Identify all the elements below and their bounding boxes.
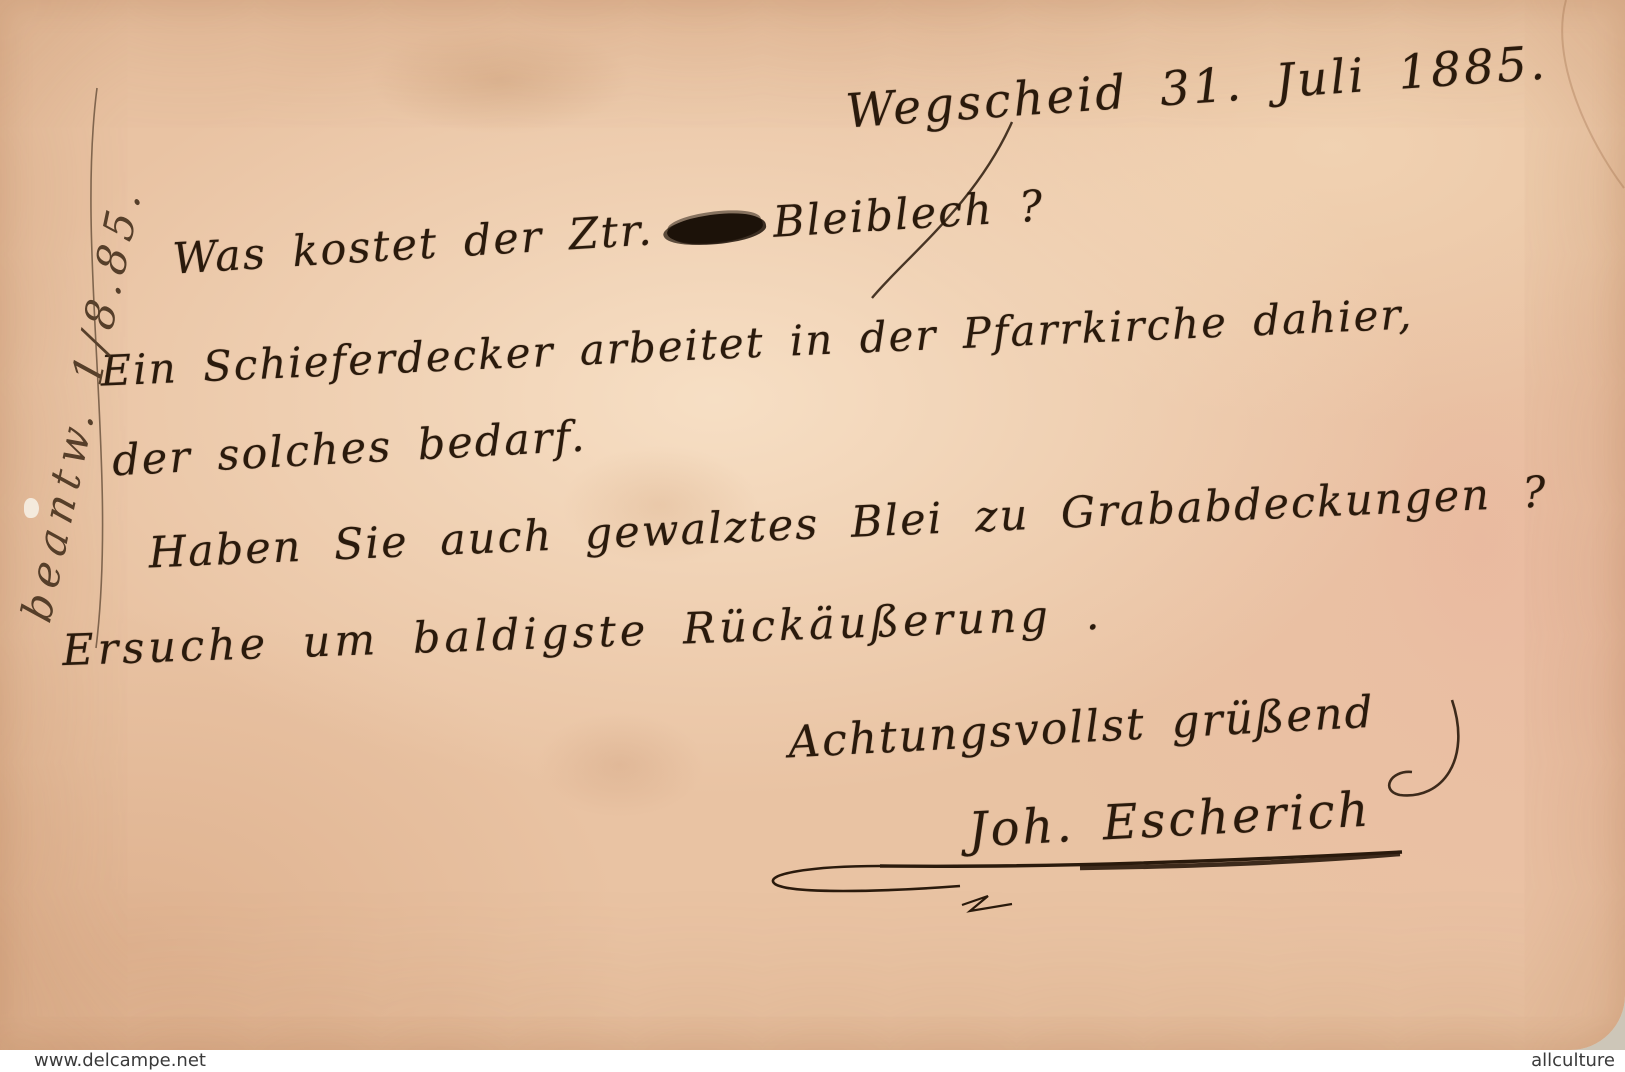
body-line-3: der solches bedarf.: [111, 412, 588, 487]
watermark-strip: www.delcampe.net allculture: [0, 1050, 1625, 1072]
body-line-2: Ein Schieferdecker arbeitet in der Pfarr…: [100, 289, 1415, 395]
watermark-delcampe: www.delcampe.net: [34, 1050, 206, 1072]
paper-stain: [500, 690, 740, 840]
body-line-1-after-blot: Bleiblech ?: [772, 181, 1046, 247]
dateline: Wegscheid 31. Juli 1885.: [844, 36, 1549, 140]
watermark-allculture: allculture: [1531, 1050, 1615, 1072]
paper-stain: [320, 5, 680, 155]
ink-blot-crossed-out-word: [666, 208, 765, 250]
body-line-5: Ersuche um baldigste Rückäußerung .: [61, 590, 1104, 676]
postcard-paper: Wegscheid 31. Juli 1885. Was kostet der …: [0, 0, 1625, 1050]
postcard-scan: Wegscheid 31. Juli 1885. Was kostet der …: [0, 0, 1625, 1072]
signature: Joh. Escherich: [967, 781, 1373, 858]
margin-note-rotated: beantw. 1/8.85.: [12, 176, 152, 628]
body-line-1-before-blot: Was kostet der Ztr.: [171, 205, 655, 284]
paper-stain: [1330, 330, 1625, 750]
body-line-4: Haben Sie auch gewalztes Blei zu Grababd…: [148, 467, 1549, 578]
closing-line: Achtungsvollst grüßend: [787, 687, 1376, 769]
body-line-1: Was kostet der Ztr.Bleiblech ?: [171, 181, 1046, 284]
